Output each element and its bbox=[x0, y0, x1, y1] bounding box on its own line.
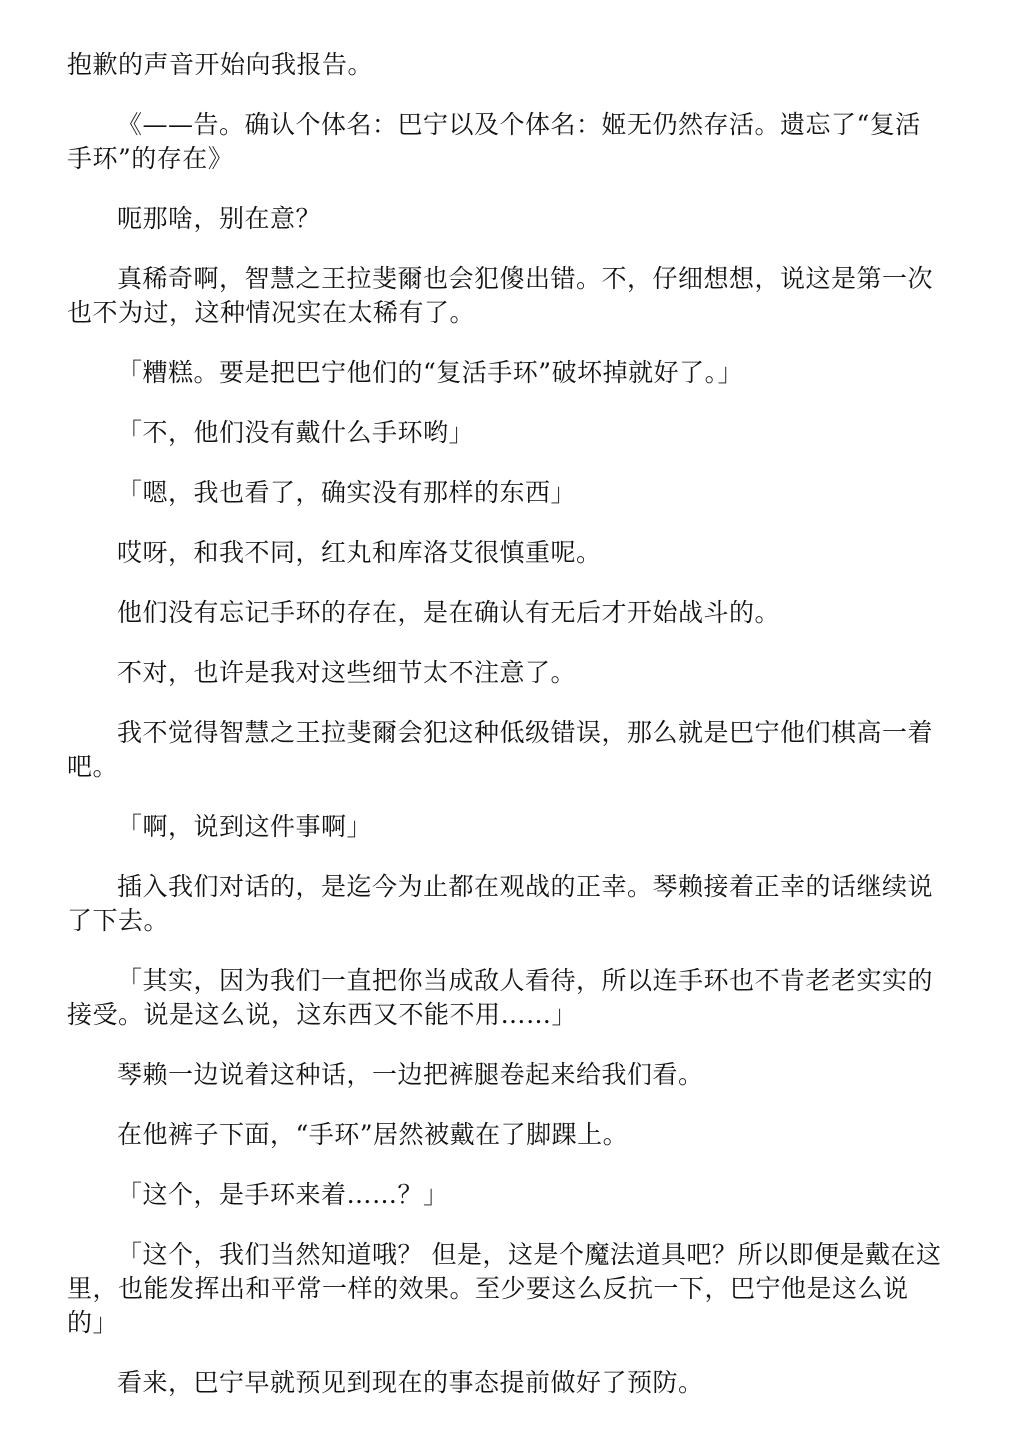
paragraph-3: 呃那啥，别在意？ bbox=[67, 202, 945, 236]
paragraph-13: 插入我们对话的，是迄今为止都在观战的正幸。琴赖接着正幸的话继续说了下去。 bbox=[67, 870, 945, 938]
paragraph-19: 看来，巴宁早就预见到现在的事态提前做好了预防。 bbox=[67, 1366, 945, 1400]
paragraph-2: 《——告。确认个体名：巴宁以及个体名：姬无仍然存活。遗忘了“复活手环”的存在》 bbox=[67, 108, 945, 176]
paragraph-16: 在他裤子下面，“手环”居然被戴在了脚踝上。 bbox=[67, 1118, 945, 1152]
paragraph-15: 琴赖一边说着这种话，一边把裤腿卷起来给我们看。 bbox=[67, 1058, 945, 1092]
paragraph-4: 真稀奇啊，智慧之王拉斐爾也会犯傻出错。不，仔细想想，说这是第一次也不为过，这种情… bbox=[67, 262, 945, 330]
paragraph-18: 「这个，我们当然知道哦？ 但是，这是个魔法道具吧？所以即便是戴在这里，也能发挥出… bbox=[67, 1238, 945, 1340]
paragraph-1: 抱歉的声音开始向我报告。 bbox=[67, 48, 945, 82]
paragraph-12: 「啊，说到这件事啊」 bbox=[67, 810, 945, 844]
paragraph-7: 「嗯，我也看了，确实没有那样的东西」 bbox=[67, 476, 945, 510]
document-page: 抱歉的声音开始向我报告。 《——告。确认个体名：巴宁以及个体名：姬无仍然存活。遗… bbox=[67, 48, 945, 1426]
paragraph-9: 他们没有忘记手环的存在，是在确认有无后才开始战斗的。 bbox=[67, 596, 945, 630]
paragraph-5: 「糟糕。要是把巴宁他们的“复活手环”破坏掉就好了。」 bbox=[67, 356, 945, 390]
paragraph-17: 「这个，是手环来着……？」 bbox=[67, 1178, 945, 1212]
paragraph-10: 不对，也许是我对这些细节太不注意了。 bbox=[67, 656, 945, 690]
paragraph-8: 哎呀，和我不同，红丸和库洛艾很慎重呢。 bbox=[67, 536, 945, 570]
paragraph-14: 「其实，因为我们一直把你当成敌人看待，所以连手环也不肯老老实实的接受。说是这么说… bbox=[67, 964, 945, 1032]
paragraph-6: 「不，他们没有戴什么手环哟」 bbox=[67, 416, 945, 450]
paragraph-11: 我不觉得智慧之王拉斐爾会犯这种低级错误，那么就是巴宁他们棋高一着吧。 bbox=[67, 716, 945, 784]
